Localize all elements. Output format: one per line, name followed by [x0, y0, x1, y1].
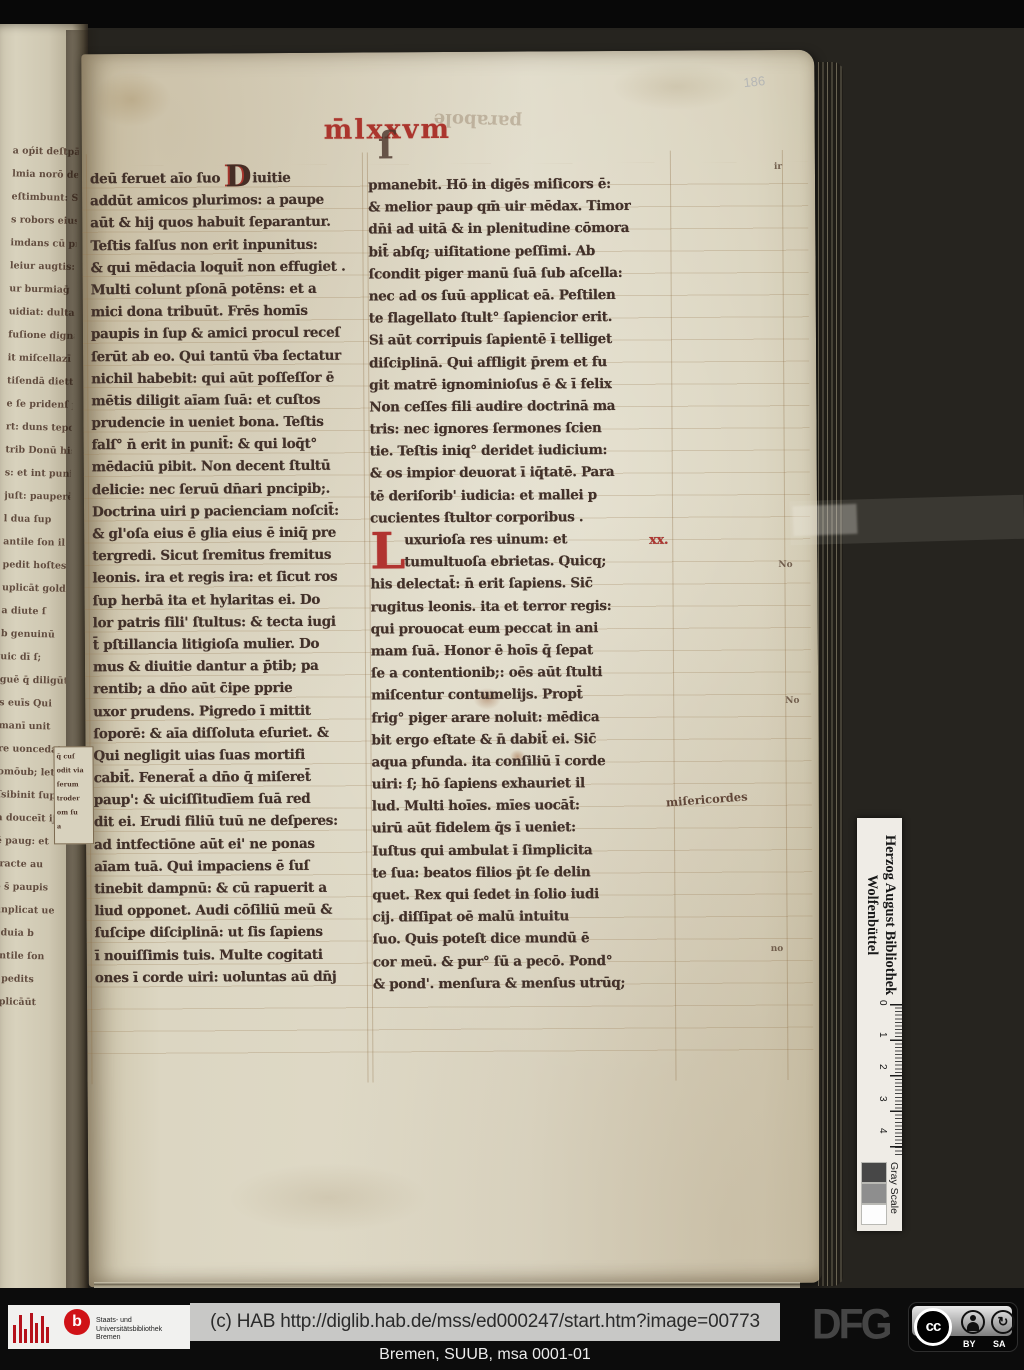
- manuscript-line: ī nouiſſimis tuis. Multe cogitati: [95, 943, 369, 967]
- ruler-number: 1: [877, 1032, 888, 1064]
- gray-swatch-dark: [861, 1162, 887, 1183]
- manuscript-line: Non ceſſes fili audire doctrinā ma: [369, 395, 669, 419]
- manuscript-page: m̄lxxvm parabole 186 ſ deū feruet aīo ſu…: [81, 50, 822, 1287]
- show-through-ghost-text: parabole: [433, 109, 522, 133]
- text-fragment: guē q̄ diligūt: [0, 668, 66, 693]
- text-fragment: trib Donū his: [5, 438, 72, 463]
- photo-backdrop-top: [0, 0, 1024, 28]
- library-name-line1: Herzog August Bibliothek: [881, 824, 899, 1006]
- gloss-line: troder: [57, 791, 92, 805]
- gray-swatch-mid: [861, 1183, 887, 1204]
- bar: [41, 1316, 44, 1343]
- text-fragment: manī unit: [0, 714, 65, 739]
- ascender-flourish: ſ: [378, 130, 395, 160]
- cc-logo-icon: cc: [914, 1308, 952, 1346]
- text-fragment: s euīs Qui: [0, 691, 65, 716]
- manuscript-line: uxor prudens. Pigredo ī mittit: [93, 699, 367, 723]
- text-fragment: uplicāt gold: [2, 576, 69, 601]
- text-fragment: unplicat ue: [0, 898, 60, 923]
- manuscript-line: cabit̄. Fenerat̄ a dn̄o q̄ miſeret̄: [94, 766, 368, 790]
- manuscript-line: tumultuoſa ebrietas. Quicq;: [404, 550, 670, 574]
- manuscript-line: ſerūt ab eo. Qui tantū v̄ba ſectatur: [91, 344, 365, 368]
- manuscript-line: pmanebit. Hō in digēs miſicors ē:: [368, 173, 668, 197]
- manuscript-line: diſciplinā. Qui affligit p̄rem et fu: [369, 350, 669, 374]
- library-name-line2: Wolfenbüttel: [863, 824, 881, 1006]
- cc-by-label: BY: [963, 1339, 976, 1349]
- manuscript-line: tris: nec ignores ſermones ſcien: [369, 417, 669, 441]
- person-body: [967, 1322, 979, 1331]
- text-fragment: l dua ſup: [3, 507, 70, 532]
- manuscript-line: aūt & hij quos habuit ſeparantur.: [90, 211, 364, 235]
- cc-by-sa-license-badge: cc ↻ BY SA: [908, 1302, 1018, 1352]
- share-alike-arrow-icon: ↻: [991, 1310, 1015, 1334]
- manuscript-line: tie. Teſtis iniq° deridet iudicium:: [370, 439, 670, 463]
- margin-mark: ir: [774, 162, 782, 172]
- stain: [228, 1162, 428, 1233]
- manuscript-line: lor patris fili' ſtultus: & tecta iugi: [93, 610, 367, 634]
- text-fragment: uplicāūt: [0, 990, 58, 1015]
- manuscript-line: Multi colunt pſonā potēns: et a: [91, 277, 365, 301]
- manuscript-line: & qui mēdacia loquit̄ non effugiet .: [90, 255, 364, 279]
- gray-scale-label: Gray Scale: [888, 1162, 900, 1214]
- manuscript-line: quet. Rex qui ſedet in ſolio iudi: [372, 883, 672, 907]
- manuscript-line: bit ergo eſtate & n̄ dabit̄ ei. Sic̄: [371, 727, 671, 751]
- text-fragment: a diute ſ: [1, 599, 68, 624]
- gloss-line: a: [57, 819, 92, 833]
- text-fragment: rt: duns tepora: [6, 415, 73, 440]
- manuscript-line: ones ī corde uiri: uoluntas aū dn̄j: [95, 965, 369, 989]
- manuscript-line: ſcondit piger manū ſuā ſub aſcella:: [369, 261, 669, 285]
- logo-text-line: Bremen: [96, 1334, 162, 1343]
- manuscript-line: leonis. ira et regis ira: et ſicut ros: [92, 566, 366, 590]
- marginal-gloss-box: q̄ cuſodit viaſerumtroderom ſua: [53, 746, 94, 844]
- manuscript-line: lud. Multi hoīes. mīes uocāt̄:: [372, 794, 672, 818]
- manuscript-line: rentib; a dn̄o aūt c̄ipe pprie: [93, 677, 367, 701]
- manuscript-line: mam ſuā. Honor ē hoīs q̄ ſepat: [371, 639, 671, 663]
- text-fragment: juſt: pauperē ſ: [4, 484, 71, 509]
- manuscript-line: aīam tuā. Qui impaciens ē ſuſ: [94, 854, 368, 878]
- suub-barcode-logo-icon: [13, 1311, 52, 1343]
- manuscript-line: ad intfectiōne aūt ei' ne ponas: [94, 832, 368, 856]
- bar: [46, 1327, 49, 1343]
- text-fragment: uic dī ſ;: [0, 645, 67, 670]
- nota-mark: No: [785, 696, 799, 706]
- manuscript-line: ſuſcipe diſciplinā: ut ſis ſapiens: [95, 921, 369, 945]
- manuscript-line: Teſtis falſus non erit inpunitus:: [90, 233, 364, 257]
- text-fragment: antile ſon: [0, 944, 59, 969]
- text-column-left: deū feruet aīo ſuo Diuitie addūt amicos …: [90, 167, 369, 990]
- bar: [24, 1329, 27, 1343]
- stain: [91, 72, 171, 127]
- manuscript-line: frig° piger arare noluit: mēdica: [371, 705, 671, 729]
- manuscript-line: paup': & uiciſſitudīem ſuā red: [94, 788, 368, 812]
- transparent-film-tab: [792, 504, 857, 536]
- text-fragment: fracte au: [0, 852, 62, 877]
- stain: [611, 62, 741, 111]
- bar: [13, 1325, 16, 1343]
- manuscript-line: mētis diligit aīam ſuā: et cuſtos: [91, 388, 365, 412]
- text-fragment: fuſione dignā: [8, 323, 75, 348]
- manuscript-line: te flagellato ſtult° ſapiencior erit.: [369, 306, 669, 330]
- text-fragment: b genuinū: [1, 622, 68, 647]
- manuscript-line: prudencie in ueniet bona. Teſtis: [91, 411, 365, 435]
- manuscript-line: Qui negligit uias ſuas mortifi: [93, 743, 367, 767]
- manuscript-line: cor meū. & pur° ſū a pecō. Pond°: [373, 949, 673, 973]
- manuscript-line: ſup herbā ita et hylaritas ei. Do: [93, 588, 367, 612]
- luxuriosa-initial-block: L uxurioſa res uinum: et xx. tumultuoſa …: [370, 528, 670, 574]
- nota-mark: no: [771, 944, 784, 954]
- gray-swatch-light: [861, 1204, 887, 1225]
- copyright-url-bar: (c) HAB http://diglib.hab.de/mss/ed00024…: [190, 1303, 780, 1341]
- text-fragment: s pedits: [0, 967, 59, 992]
- manuscript-line: & pond'. menſura & menſus utrūq;: [373, 971, 673, 995]
- manuscript-line: mus & diuitie dantur a p̄tib; pa: [93, 655, 367, 679]
- manuscript-line: git matrē ignominioſus ē & ī felix: [369, 372, 669, 396]
- text-fragment: pedit hoſtes: [2, 553, 69, 578]
- text-fragment: antile ſon il: [3, 530, 70, 555]
- manuscript-line: falſ° n̄ erit in punit̄: & qui loq̄t°: [92, 433, 366, 457]
- manuscript-line: uxurioſa res uinum: et xx.: [404, 528, 670, 552]
- ruler-number: 3: [877, 1096, 888, 1128]
- red-initial-L: L: [370, 531, 405, 571]
- attribution-person-icon: [961, 1310, 985, 1334]
- gray-scale-swatches: [861, 1162, 887, 1225]
- manuscript-line: deū feruet aīo ſuo Diuitie: [90, 167, 364, 191]
- manuscript-line: te ſua: beatos filios p̄t ſe delin: [372, 860, 672, 884]
- left-column-lines: addūt amicos plurimos: a paupeaūt & hij …: [90, 189, 369, 989]
- manuscript-line: his delectat̄: n̄ erit ſapiens. Sic̄: [370, 572, 670, 596]
- library-name-label: Herzog August Bibliothek Wolfenbüttel: [863, 824, 899, 1006]
- manuscript-line: tergredi. Sicut ſremitus fremitus: [92, 544, 366, 568]
- gloss-line: ſerum: [57, 777, 92, 791]
- manuscript-line: nec ad os ſuū applicat eā. Peſtilen: [369, 284, 669, 308]
- digitized-manuscript-scan: a oṕit deſtpāt ſlmia norō deieſtimbunt: …: [0, 0, 1024, 1370]
- manuscript-line: addūt amicos plurimos: a paupe: [90, 189, 364, 213]
- line-text: uxurioſa res uinum: et: [404, 531, 567, 548]
- suub-bremen-label: Staats- undUniversitätsbibliothekBremen: [96, 1317, 162, 1343]
- text-fragment: it miſcellazī: [7, 346, 74, 371]
- red-chapter-number: xx.: [649, 530, 668, 552]
- dfg-logo: DFG: [812, 1299, 906, 1349]
- ruler-major-ticks: [890, 1004, 902, 1157]
- manuscript-line: & gl'oſa eius ē glia eius ē iniq̄ pre: [92, 522, 366, 546]
- manuscript-line: ſe a contentionib;: oēs aūt ſtulti: [371, 661, 671, 685]
- shelfmark-caption: Bremen, SUUB, msa 0001-01: [190, 1346, 780, 1364]
- manuscript-line: cij. diſſipat oē malū intuitu: [372, 905, 672, 929]
- manuscript-line: ſoporē: & aīa diſſoluta eſuriet. &: [93, 721, 367, 745]
- nota-mark: No: [778, 560, 792, 570]
- manuscript-line: & os impior deuorat ī iq̄tatē. Para: [370, 461, 670, 485]
- line-text: deū feruet aīo ſuo: [90, 170, 225, 187]
- ruler-number: 0: [877, 1000, 888, 1032]
- manuscript-line: Doctrina uiri p pacienciam noſcit̄:: [92, 499, 366, 523]
- text-fragment: s: et int punito: [5, 461, 72, 486]
- gloss-line: q̄ cuſ: [56, 749, 91, 763]
- ruler-numbers: 01234: [877, 1002, 888, 1162]
- manuscript-line: bit̄ abſq; uiſitatione peſſimi. Ab: [368, 239, 668, 263]
- manuscript-line: cucientes ſtultor corporibus .: [370, 505, 670, 529]
- bremen-b-logo-icon: b: [64, 1309, 90, 1335]
- manuscript-line: mēdaciū pibit. Non decent ſtultū: [92, 455, 366, 479]
- manuscript-line: aqua pfunda. ita conſiliū ī corde: [372, 750, 672, 774]
- manuscript-line: tinebit dampnū: & cū rapuerit a: [94, 877, 368, 901]
- bar: [19, 1315, 22, 1343]
- text-fragment: ē s̄ paupis: [0, 875, 61, 900]
- ruler-number: 2: [877, 1064, 888, 1096]
- manuscript-line: tē deriſorib' iudicia: et mallei p: [370, 483, 670, 507]
- manuscript-line: miſcentur contumelijs. Propt̄: [371, 683, 671, 707]
- manuscript-line: nichil habebit: qui aūt poſſeſſor ē: [91, 366, 365, 390]
- suub-bremen-logo-block: b Staats- undUniversitätsbibliothekBreme…: [8, 1305, 190, 1349]
- manuscript-line: Si aūt corripuis ſapientē ī telliget: [369, 328, 669, 352]
- gloss-line: odit via: [57, 763, 92, 777]
- right-column-lines-b: his delectat̄: n̄ erit ſapiens. Sic̄rugi…: [370, 572, 673, 995]
- bar: [35, 1323, 38, 1343]
- manuscript-line: rugitus leonis. ita et terror regis:: [371, 594, 671, 618]
- ruler-rotated-content: Herzog August Bibliothek Wolfenbüttel 01…: [857, 818, 902, 1231]
- decorated-initial-D: D: [226, 173, 252, 181]
- cc-sa-label: SA: [993, 1339, 1006, 1349]
- manuscript-line: ſuo. Quis poteſt dice mundū ē: [373, 927, 673, 951]
- text-fragment: ē paug: et: [0, 829, 62, 854]
- bar: [30, 1313, 33, 1343]
- text-fragment: e ſe pridenſ po: [6, 392, 73, 417]
- right-column-lines-a: pmanebit. Hō in digēs miſicors ē:& melio…: [368, 173, 670, 530]
- manuscript-line: delicie: nec ſeruū dn̄ari pncipib;.: [92, 477, 366, 501]
- manuscript-line: uirū aūt fidelem q̄s ī ueniet:: [372, 816, 672, 840]
- manuscript-line: t̄ pſtillancia litigioſa mulier. Do: [93, 632, 367, 656]
- manuscript-line: uiri: ſ; hō ſapiens exhauriet il: [372, 772, 672, 796]
- manuscript-line: liud opponet. Audi cōſiliū meū &: [94, 899, 368, 923]
- line-text: iuitie: [252, 170, 290, 186]
- manuscript-line: qui prouocat eum peccat in ani: [371, 616, 671, 640]
- library-ruler-strip: Herzog August Bibliothek Wolfenbüttel 01…: [857, 818, 902, 1231]
- manuscript-line: dn̄i ad uitā & in plenitudine cōmora: [368, 217, 668, 241]
- pencil-foliation: 186: [743, 73, 766, 90]
- ruler-number: 4: [877, 1128, 888, 1160]
- manuscript-line: Iuſtus qui ambulat ī ſimplicita: [372, 838, 672, 862]
- gloss-line: om ſu: [57, 805, 92, 819]
- text-fragment: l duia b: [0, 921, 60, 946]
- manuscript-line: & melior paup qm̄ uir mēdax. Timor: [368, 195, 668, 219]
- logo-text-line: Staats- und: [96, 1317, 162, 1326]
- manuscript-line: mici dona tribuūt. Frēs homīs: [91, 300, 365, 324]
- person-head: [970, 1315, 976, 1321]
- text-fragment: tiſendā diette: [7, 369, 74, 394]
- manuscript-line: dit ei. Erudi filiū tuū ne deſperes:: [94, 810, 368, 834]
- manuscript-line: paupis in ſup & amici procul receſ: [91, 322, 365, 346]
- text-column-right: pmanebit. Hō in digēs miſicors ē:& melio…: [368, 173, 673, 996]
- book-right-page-edges: [818, 62, 843, 1286]
- logo-text-line: Universitätsbibliothek: [96, 1326, 162, 1335]
